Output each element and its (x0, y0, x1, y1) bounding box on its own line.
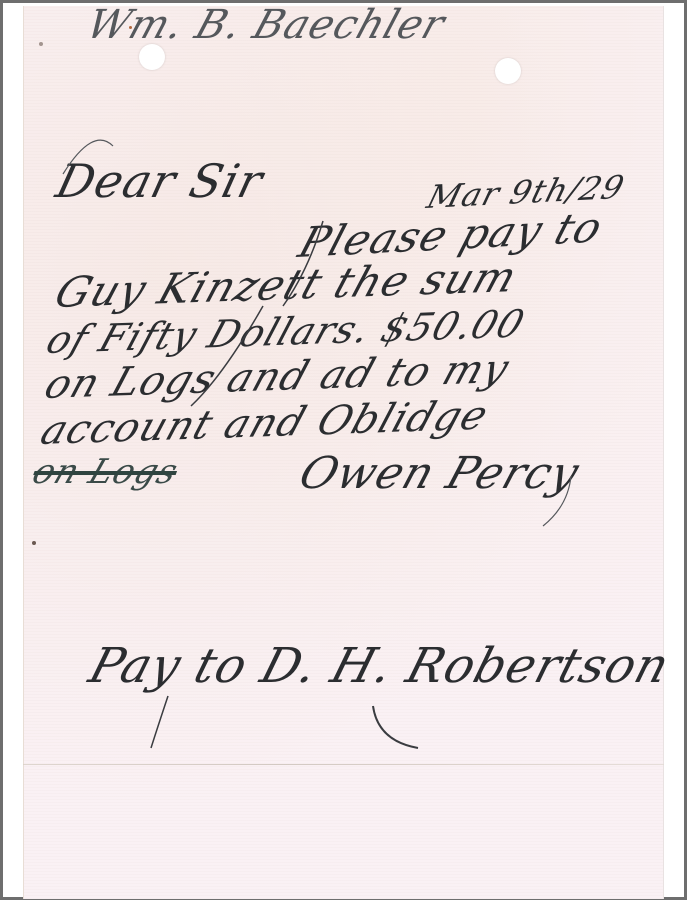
paper-sheet: Wm. B. Baechler Dear Sir Mar 9th/29 Plea… (23, 6, 664, 899)
paper-fold-line (23, 764, 664, 765)
scan-frame: Wm. B. Baechler Dear Sir Mar 9th/29 Plea… (0, 0, 687, 900)
ink-flourishes (23, 6, 664, 899)
